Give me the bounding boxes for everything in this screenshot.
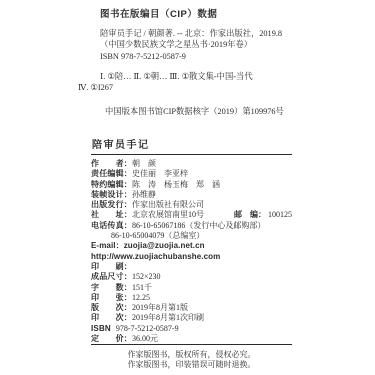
row-price: 定 价： 36.00元 bbox=[91, 334, 292, 344]
row-website-text: http://www.zuojiachubanshe.com bbox=[91, 252, 220, 262]
row-sheets-value: 12.25 bbox=[132, 293, 150, 303]
row-word-count: 字 数： 151千 bbox=[91, 283, 292, 293]
row-address-label: 社 址： bbox=[91, 210, 132, 220]
cip-isbn-line: ISBN 978-7-5212-0587-9 bbox=[100, 51, 350, 62]
return-notice-line: 作家版图书，印装错误可随时退换。 bbox=[91, 360, 292, 370]
row-author-value: 朝 颜 bbox=[132, 159, 156, 169]
cip-title-line: 陪审员手记 / 朝颜著. -- 北京：作家出版社，2019.8 bbox=[100, 28, 350, 39]
row-isbn: ISBN 978-7-5212-0587-9 bbox=[91, 324, 292, 334]
colophon-block: 陪审员手记 作 者： 朝 颜 责任编辑： 史佳丽 李亚梓 特约编辑： 陈 涛 杨… bbox=[91, 136, 292, 344]
row-phone-value: 86-10-65067186（发行中心及邮购部） bbox=[132, 221, 265, 231]
row-printing: 印 刷： bbox=[91, 262, 292, 272]
title-divider bbox=[91, 154, 292, 155]
cip-classification: Ⅰ. ①陪… Ⅱ. ①朝… Ⅲ. ①散文集-中国-当代 Ⅳ. ①I267 bbox=[78, 71, 350, 93]
cip-header: 图书在版编目（CIP）数据 bbox=[100, 6, 350, 20]
row-phone-continuation: 86-10-65004079（总编室） bbox=[91, 231, 292, 241]
cip-series-line: （中国少数民族文学之星丛书·2019年卷） bbox=[100, 39, 350, 50]
row-special-editor: 特约编辑： 陈 涛 杨玉梅 郑 涵 bbox=[91, 180, 292, 190]
row-sheets-label: 印 张： bbox=[91, 293, 132, 303]
book-copyright-page: 图书在版编目（CIP）数据 陪审员手记 / 朝颜著. -- 北京：作家出版社，2… bbox=[0, 0, 375, 375]
footer-divider bbox=[91, 344, 292, 345]
row-printing-label: 印 刷： bbox=[91, 262, 132, 272]
colophon-rows: 作 者： 朝 颜 责任编辑： 史佳丽 李亚梓 特约编辑： 陈 涛 杨玉梅 郑 涵… bbox=[91, 159, 292, 344]
row-impression-value: 2019年8月第1次印刷 bbox=[132, 313, 204, 323]
row-size: 成品尺寸： 152×230 bbox=[91, 272, 292, 282]
row-special-editor-value: 陈 涛 杨玉梅 郑 涵 bbox=[132, 180, 220, 190]
cip-classification-line-1: Ⅰ. ①陪… Ⅱ. ①朝… Ⅲ. ①散文集-中国-当代 bbox=[78, 71, 350, 82]
row-design-label: 装帧设计： bbox=[91, 190, 132, 200]
row-email-text: E-mail：zuojia@zuojia.net.cn bbox=[91, 241, 205, 251]
row-design: 装帧设计： 孙维静 bbox=[91, 190, 292, 200]
row-impression: 印 次： 2019年8月第1次印刷 bbox=[91, 313, 292, 323]
row-executive-editor-label: 责任编辑： bbox=[91, 169, 132, 179]
row-executive-editor-value: 史佳丽 李亚梓 bbox=[132, 169, 188, 179]
row-edition: 版 次： 2019年8月第1版 bbox=[91, 303, 292, 313]
row-address-value: 北京农展馆南里10号 bbox=[132, 210, 204, 220]
row-word-count-label: 字 数： bbox=[91, 283, 132, 293]
row-postcode-value: 100125 bbox=[268, 210, 292, 220]
row-edition-label: 版 次： bbox=[91, 303, 132, 313]
copyright-notice-line: 作家版图书，版权所有，侵权必究。 bbox=[91, 350, 292, 360]
cip-block: 图书在版编目（CIP）数据 陪审员手记 / 朝颜著. -- 北京：作家出版社，2… bbox=[100, 6, 350, 117]
row-address: 社 址： 北京农展馆南里10号 邮 编： 100125 bbox=[91, 210, 292, 220]
row-sheets: 印 张： 12.25 bbox=[91, 293, 292, 303]
row-design-value: 孙维静 bbox=[132, 190, 156, 200]
row-email: E-mail：zuojia@zuojia.net.cn bbox=[91, 241, 292, 251]
row-size-label: 成品尺寸： bbox=[91, 272, 132, 282]
row-author-label: 作 者： bbox=[91, 159, 132, 169]
row-price-value: 36.00元 bbox=[132, 334, 158, 344]
row-special-editor-label: 特约编辑： bbox=[91, 180, 132, 190]
row-isbn-value: 978-7-5212-0587-9 bbox=[116, 324, 179, 334]
row-phone-label: 电话传真： bbox=[91, 221, 132, 231]
row-postcode-label: 邮 编： bbox=[234, 210, 266, 220]
row-size-value: 152×230 bbox=[132, 272, 161, 282]
row-publisher-value: 作家出版社有限公司 bbox=[132, 200, 204, 210]
row-impression-label: 印 次： bbox=[91, 313, 132, 323]
row-executive-editor: 责任编辑： 史佳丽 李亚梓 bbox=[91, 169, 292, 179]
cip-record-number: 中国版本图书馆CIP数据核字（2019）第109976号 bbox=[105, 105, 350, 117]
row-word-count-value: 151千 bbox=[132, 283, 152, 293]
row-edition-value: 2019年8月第1版 bbox=[132, 303, 188, 313]
row-price-label: 定 价： bbox=[91, 334, 132, 344]
cip-classification-line-2: Ⅳ. ①I267 bbox=[78, 82, 350, 93]
row-author: 作 者： 朝 颜 bbox=[91, 159, 292, 169]
row-isbn-label: ISBN bbox=[91, 324, 111, 334]
row-phone-continuation-value: 86-10-65004079（总编室） bbox=[111, 231, 204, 241]
row-publisher: 出版发行： 作家出版社有限公司 bbox=[91, 200, 292, 210]
row-phone: 电话传真： 86-10-65067186（发行中心及邮购部） bbox=[91, 221, 292, 231]
row-website: http://www.zuojiachubanshe.com bbox=[91, 252, 292, 262]
book-title: 陪审员手记 bbox=[92, 136, 292, 151]
footer-notice: 作家版图书，版权所有，侵权必究。 作家版图书，印装错误可随时退换。 bbox=[91, 344, 292, 370]
row-publisher-label: 出版发行： bbox=[91, 200, 132, 210]
